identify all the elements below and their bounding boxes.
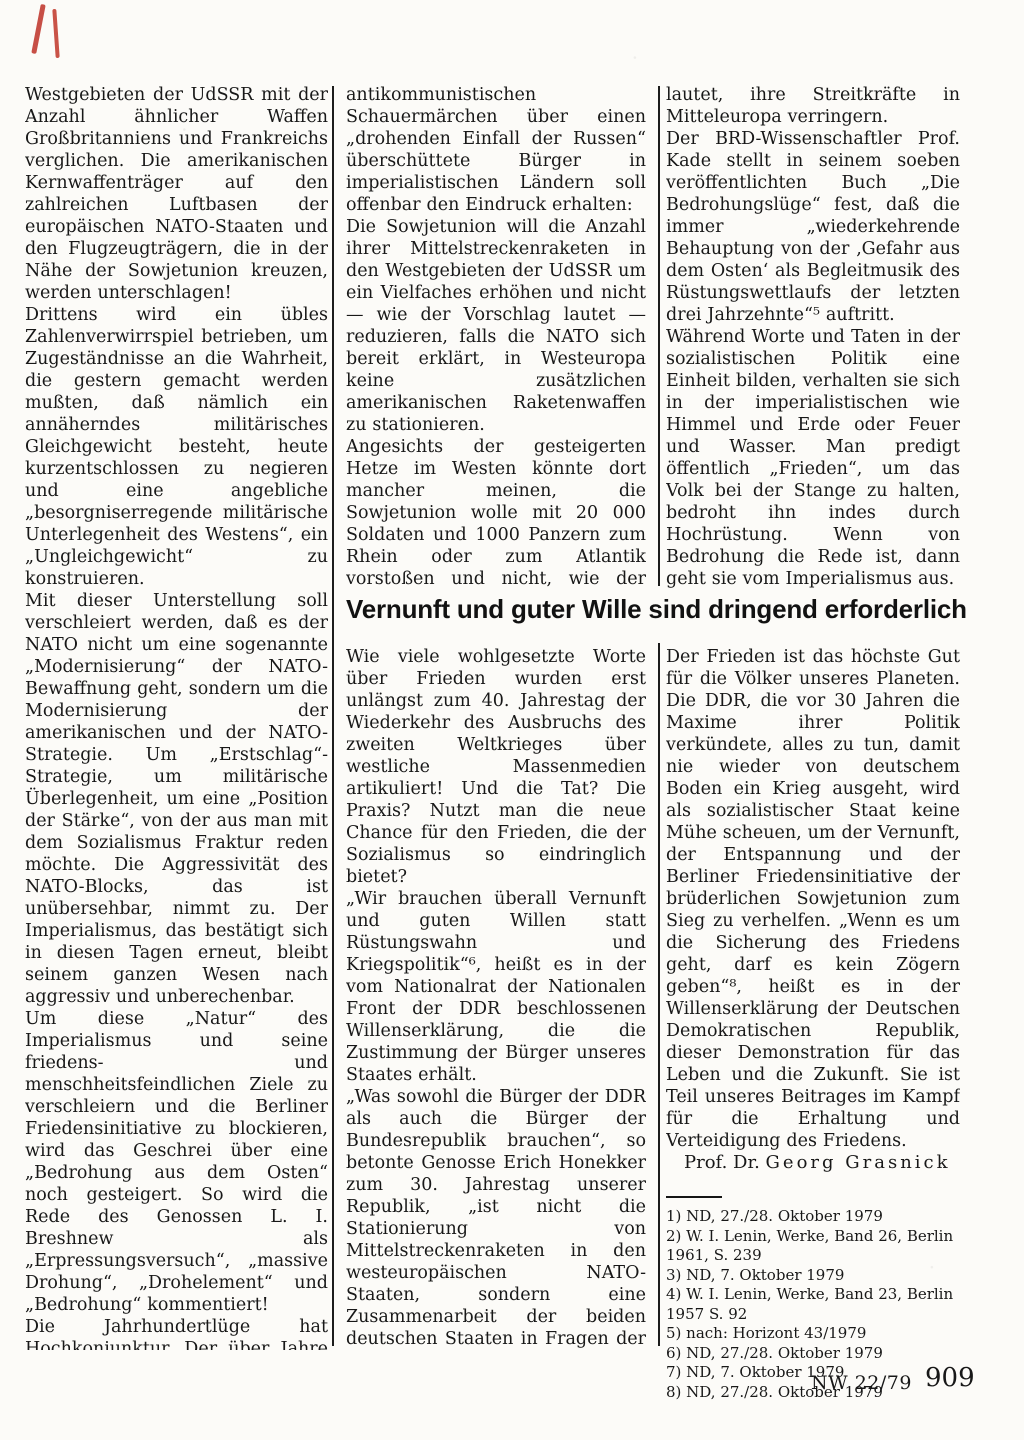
column-right-top: lautet, ihre Streitkräfte in Mitteleurop… xyxy=(666,84,960,590)
footnote-item: 2) W. I. Lenin, Werke, Band 26, Berlin 1… xyxy=(666,1227,968,1266)
paragraph: lautet, ihre Streitkräfte in Mitteleurop… xyxy=(666,84,960,128)
paragraph: Der BRD-Wissenschaftler Prof. Kade stell… xyxy=(666,128,960,326)
paragraph: Westgebieten der UdSSR mit der Anzahl äh… xyxy=(25,84,328,304)
column-divider xyxy=(658,643,660,1346)
paragraph: Die Jahrhundertlüge hat Hochkonjunktur. … xyxy=(25,1316,328,1350)
column-right-bottom: Der Frieden ist das höchste Gut für die … xyxy=(666,646,960,1151)
footnote-item: 5) nach: Horizont 43/1979 xyxy=(666,1324,968,1344)
author-prefix: Prof. Dr. xyxy=(684,1152,760,1173)
paragraph: „Was sowohl die Bürger der DDR als auch … xyxy=(346,1086,646,1348)
paragraph: Während Worte und Taten in der sozialist… xyxy=(666,326,960,590)
footnote-item: 6) ND, 27./28. Oktober 1979 xyxy=(666,1344,968,1364)
author-byline: Prof. Dr. Georg Grasnick xyxy=(666,1152,960,1174)
column-divider xyxy=(658,86,660,586)
red-pen-mark xyxy=(31,4,45,54)
column-left: Westgebieten der UdSSR mit der Anzahl äh… xyxy=(25,84,328,1350)
paragraph: antikommunistischen Schauermärchen über … xyxy=(346,84,646,216)
footnote-item: 3) ND, 7. Oktober 1979 xyxy=(666,1266,968,1286)
paragraph: Wie viele wohlgesetzte Worte über Friede… xyxy=(346,646,646,888)
red-pen-mark xyxy=(52,9,59,58)
paragraph: Angesichts der gesteigerten Hetze im Wes… xyxy=(346,436,646,590)
paragraph: Die Sowjetunion will die Anzahl ihrer Mi… xyxy=(346,216,646,436)
magazine-page: Westgebieten der UdSSR mit der Anzahl äh… xyxy=(0,0,1024,1440)
author-name: Georg Grasnick xyxy=(766,1152,951,1173)
paragraph: „Wir brauchen überall Vernunft und guten… xyxy=(346,888,646,1086)
column-divider xyxy=(332,86,334,1346)
section-heading: Vernunft und guter Wille sind dringend e… xyxy=(346,594,1010,624)
footnote-divider xyxy=(666,1196,722,1198)
footer-page-number: 909 xyxy=(925,1363,975,1393)
paragraph: Drittens wird ein übles Zahlenverwirrspi… xyxy=(25,304,328,590)
paragraph: Der Frieden ist das höchste Gut für die … xyxy=(666,646,960,1151)
column-middle-top: antikommunistischen Schauermärchen über … xyxy=(346,84,646,590)
footnote-item: 4) W. I. Lenin, Werke, Band 23, Berlin 1… xyxy=(666,1285,968,1324)
footer-issue: NW 22/79 xyxy=(811,1372,912,1394)
paragraph: Mit dieser Unterstellung soll verschleie… xyxy=(25,590,328,1008)
column-middle-bottom: Wie viele wohlgesetzte Worte über Friede… xyxy=(346,646,646,1348)
footnote-item: 1) ND, 27./28. Oktober 1979 xyxy=(666,1207,968,1227)
paragraph: Um diese „Natur“ des Imperialismus und s… xyxy=(25,1008,328,1316)
